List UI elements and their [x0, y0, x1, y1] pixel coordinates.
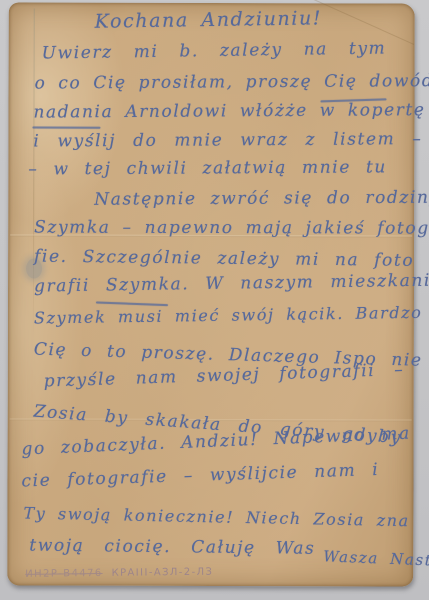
handwriting-line: Ty swoją koniecznie! Niech Zosia zna [23, 503, 410, 533]
handwriting-line: i wyślij do mnie wraz z listem – [33, 128, 422, 152]
handwriting-line-salutation: Kochana Andziuniu! [95, 7, 323, 32]
archival-code-crossed-out: ИН2Р-В4476 [25, 568, 102, 580]
handwriting-line: przyśle nam swojej fotografii – [43, 359, 404, 393]
handwriting-line: fie. Szczególnie zależy mi na foto [34, 246, 414, 272]
handwriting-line: o co Cię prosiłam, proszę Cię dowód [34, 70, 429, 94]
handwriting-signature: Wasza Nastka [323, 545, 429, 572]
handwriting-line: Następnie zwróć się do rodziny [94, 187, 429, 211]
handwriting-line: grafii Szymka. W naszym mieszkaniu [34, 269, 429, 297]
underline-nadania [32, 127, 100, 129]
handwriting-line: Szymek musi mieć swój kącik. Bardzo [34, 302, 423, 330]
handwriting-line: – w tej chwili załatwią mnie tu [28, 156, 387, 180]
archival-catalog-mark: ИН2Р-В4476КРАІІІ-АЗЛ-2-ЛЗ [25, 567, 213, 580]
archival-code: КРАІІІ-АЗЛ-2-ЛЗ [112, 567, 214, 579]
handwriting-line: nadania Arnoldowi włóżże w kopertę [33, 99, 425, 123]
handwriting-line: cie fotografie – wyślijcie nam i [21, 459, 379, 493]
handwriting-line: Szymka – napewno mają jakieś fotogra [34, 217, 429, 240]
handwriting-line: Uwierz mi b. zależy na tym [41, 37, 386, 64]
photo-background: Kochana Andziuniu! Uwierz mi b. zależy n… [0, 0, 429, 600]
handwriting-line: twoją ciocię. Całuję Was [29, 535, 315, 560]
letter-paper: Kochana Andziuniu! Uwierz mi b. zależy n… [7, 2, 415, 586]
